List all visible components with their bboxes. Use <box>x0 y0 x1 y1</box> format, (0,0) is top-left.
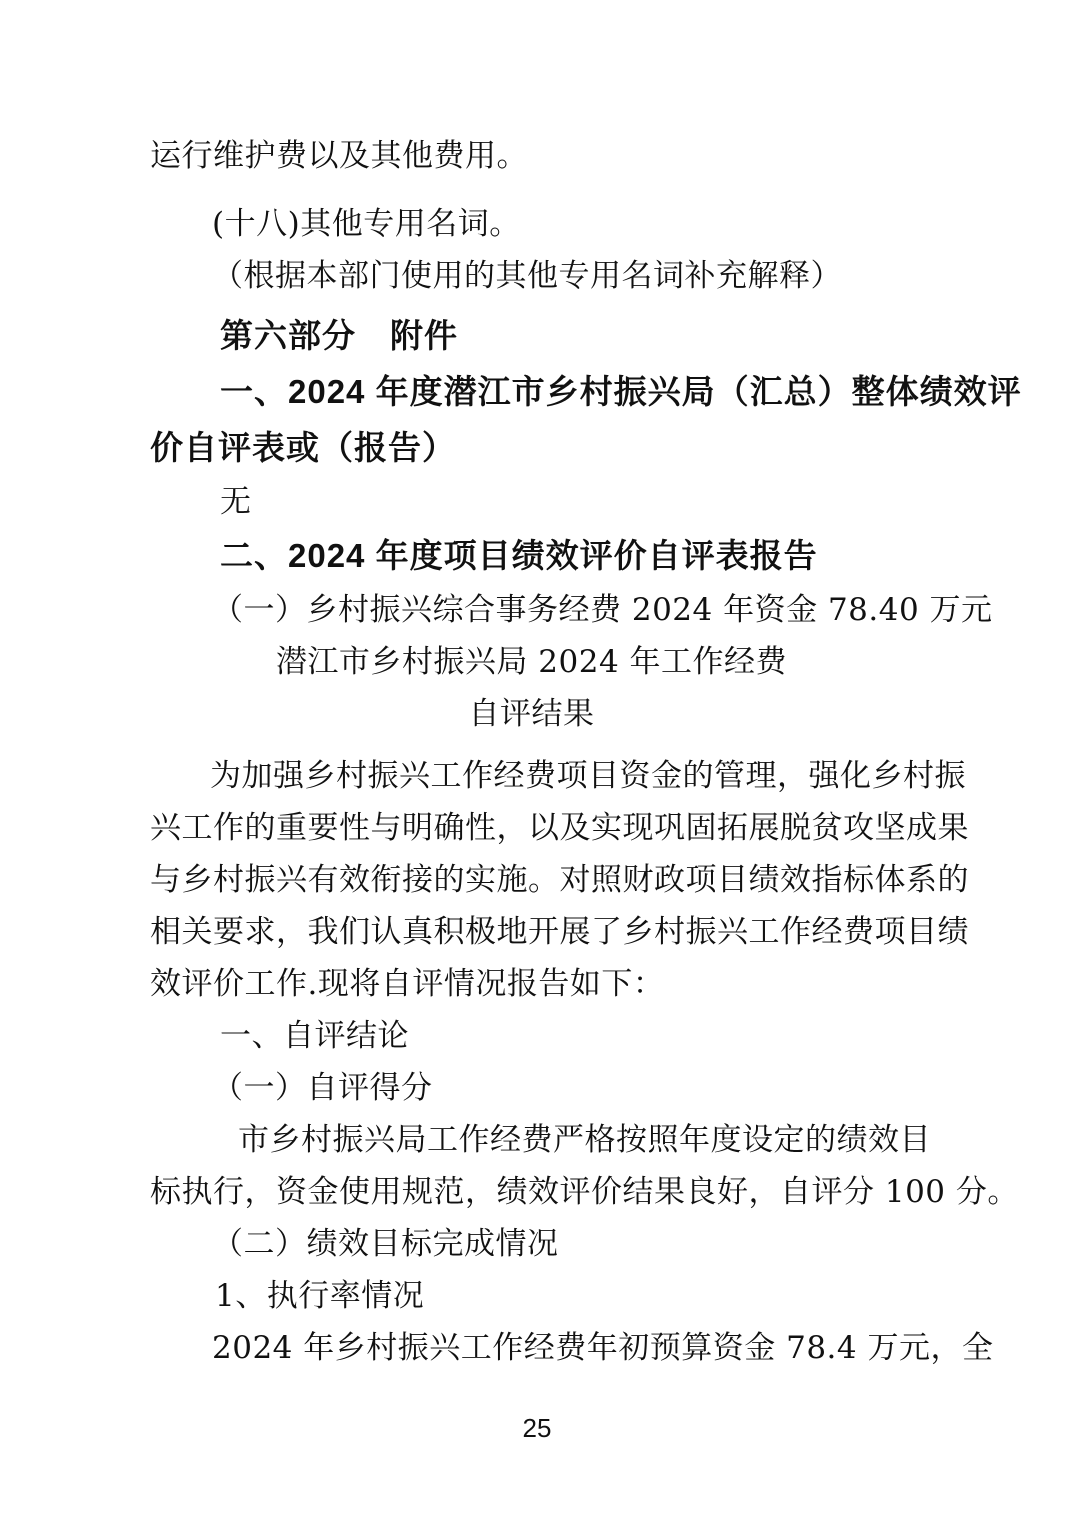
text-line: 价自评表或（报告） <box>150 420 913 476</box>
text-line: 自评结果 <box>150 688 913 740</box>
text-line: (十八)其他专用名词。 <box>150 198 913 250</box>
text-line: 与乡村振兴有效衔接的实施。对照财政项目绩效指标体系的 <box>150 854 913 906</box>
text-line: 无 <box>150 476 913 528</box>
text-line: 第六部分 附件 <box>150 308 913 364</box>
text-line: 1、执行率情况 <box>150 1270 913 1322</box>
text-line: 相关要求，我们认真积极地开展了乡村振兴工作经费项目绩 <box>150 906 913 958</box>
document-page: 运行维护费以及其他费用。(十八)其他专用名词。（根据本部门使用的其他专用名词补充… <box>0 0 1074 1520</box>
text-line: 二、2024 年度项目绩效评价自评表报告 <box>150 528 913 584</box>
text-line: 效评价工作.现将自评情况报告如下： <box>150 958 913 1010</box>
text-line: 潜江市乡村振兴局 2024 年工作经费 <box>150 636 913 688</box>
text-line: （一）乡村振兴综合事务经费 2024 年资金 78.40 万元 <box>150 584 913 636</box>
text-line: 兴工作的重要性与明确性，以及实现巩固拓展脱贫攻坚成果 <box>150 802 913 854</box>
text-line: 一、自评结论 <box>150 1010 913 1062</box>
text-line: 一、2024 年度潜江市乡村振兴局（汇总）整体绩效评 <box>150 364 913 420</box>
text-line: （一）自评得分 <box>150 1062 913 1114</box>
text-line: 标执行，资金使用规范，绩效评价结果良好，自评分 100 分。 <box>150 1166 913 1218</box>
page-number: 25 <box>523 1413 552 1443</box>
document-body: 运行维护费以及其他费用。(十八)其他专用名词。（根据本部门使用的其他专用名词补充… <box>150 130 913 1374</box>
text-line: 市乡村振兴局工作经费严格按照年度设定的绩效目 <box>150 1114 913 1166</box>
text-line: 运行维护费以及其他费用。 <box>150 130 913 182</box>
page-footer: 25 <box>0 1413 1074 1444</box>
text-line: （二）绩效目标完成情况 <box>150 1218 913 1270</box>
text-line: 2024 年乡村振兴工作经费年初预算资金 78.4 万元，全 <box>150 1322 913 1374</box>
text-line: （根据本部门使用的其他专用名词补充解释） <box>150 250 913 302</box>
text-line: 为加强乡村振兴工作经费项目资金的管理，强化乡村振 <box>150 750 913 802</box>
